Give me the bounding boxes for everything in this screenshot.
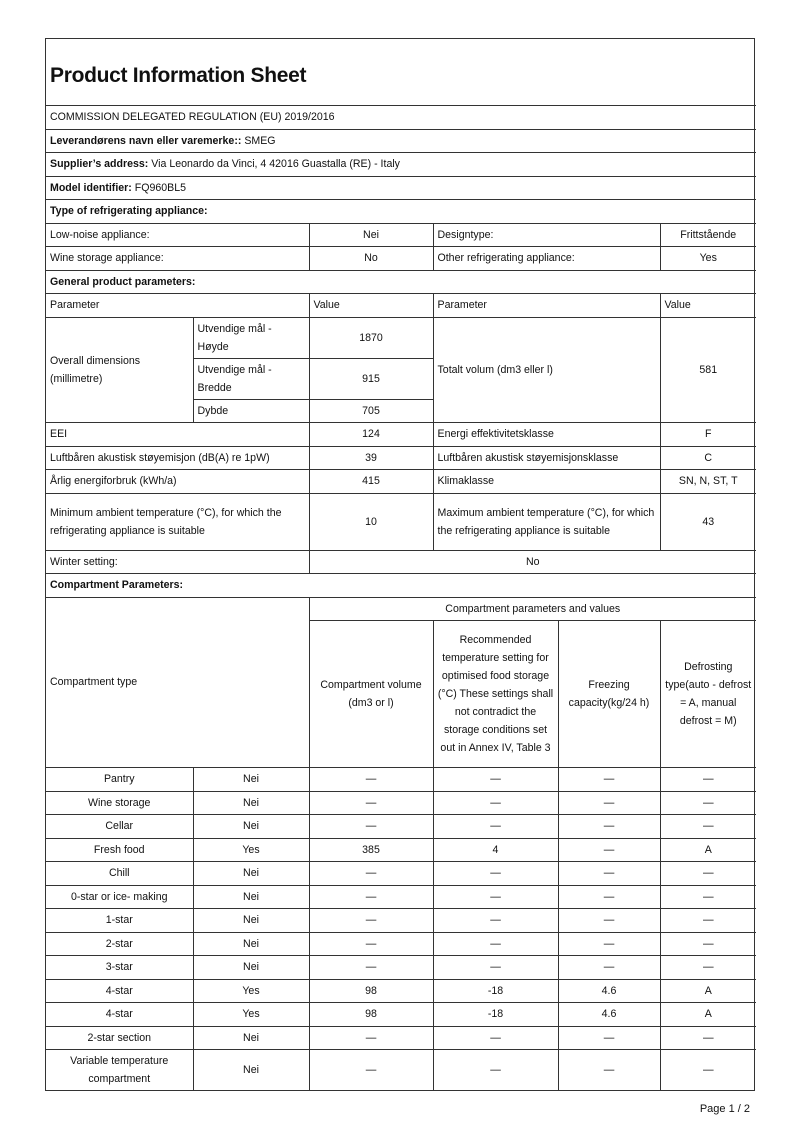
winter-setting-label: Winter setting: (46, 550, 309, 574)
height-value: 1870 (309, 317, 433, 358)
parameter-row: Luftbåren akustisk støyemisjon (dB(A) re… (46, 446, 756, 470)
compartment-group-header: Compartment parameters and values (309, 597, 756, 621)
compartment-row: 4-starYes98-184.6A (46, 1003, 756, 1027)
compartment-defrost-type: A (660, 1003, 756, 1027)
compartment-freezing-capacity: — (558, 815, 660, 839)
compartment-row: Variable temperature compartmentNei———— (46, 1050, 756, 1091)
compartment-row: Fresh foodYes3854—A (46, 838, 756, 862)
param-value: No (309, 247, 433, 271)
info-table: Product Information Sheet COMMISSION DEL… (46, 39, 756, 1090)
compartment-type: Fresh food (46, 838, 193, 862)
compartment-temperature: — (433, 815, 558, 839)
compartment-volume: — (309, 1026, 433, 1050)
appliance-type-heading: Type of refrigerating appliance: (46, 200, 756, 224)
param-label: Maximum ambient temperature (°C), for wh… (433, 493, 660, 550)
supplier-address: Supplier’s address: Via Leonardo da Vinc… (46, 153, 756, 177)
compartment-temperature: — (433, 885, 558, 909)
appliance-type-row: Wine storage appliance: No Other refrige… (46, 247, 756, 271)
param-label: EEI (46, 423, 309, 447)
compartment-row: 4-starYes98-184.6A (46, 979, 756, 1003)
parameter-row: EEI 124 Energi effektivitetsklasse F (46, 423, 756, 447)
general-parameters-header-row: Parameter Value Parameter Value (46, 294, 756, 318)
supplier-name: Leverandørens navn eller varemerke:: SME… (46, 129, 756, 153)
param-value: 39 (309, 446, 433, 470)
model-identifier: Model identifier: FQ960BL5 (46, 176, 756, 200)
appliance-type-row: Low-noise appliance: Nei Designtype: Fri… (46, 223, 756, 247)
compartment-freezing-capacity: 4.6 (558, 979, 660, 1003)
param-label: Other refrigerating appliance: (433, 247, 660, 271)
param-value: Yes (660, 247, 756, 271)
compartment-volume: — (309, 862, 433, 886)
compartment-present: Nei (193, 791, 309, 815)
regulation-text: COMMISSION DELEGATED REGULATION (EU) 201… (46, 106, 756, 130)
compartment-freezing-capacity: — (558, 932, 660, 956)
winter-setting-row: Winter setting: No (46, 550, 756, 574)
param-value: 124 (309, 423, 433, 447)
compartment-type: Wine storage (46, 791, 193, 815)
param-value: F (660, 423, 756, 447)
supplier-address-value: Via Leonardo da Vinci, 4 42016 Guastalla… (148, 158, 400, 170)
column-header: Value (660, 294, 756, 318)
compartment-row: CellarNei———— (46, 815, 756, 839)
compartment-defrost-type: A (660, 979, 756, 1003)
compartment-volume: — (309, 768, 433, 792)
compartment-volume: — (309, 956, 433, 980)
param-value: Nei (309, 223, 433, 247)
compartment-temperature: — (433, 932, 558, 956)
compartment-freezing-capacity: — (558, 1050, 660, 1091)
param-value: Frittstående (660, 223, 756, 247)
compartment-freezing-capacity: — (558, 909, 660, 933)
total-volume-label: Totalt volum (dm3 eller l) (433, 317, 660, 423)
compartment-freezing-capacity: — (558, 791, 660, 815)
compartment-type-header: Compartment type (46, 597, 309, 768)
param-label: Wine storage appliance: (46, 247, 309, 271)
compartment-defrost-type: — (660, 862, 756, 886)
product-information-sheet: Product Information Sheet COMMISSION DEL… (45, 38, 755, 1091)
compartment-parameters-heading: Compartment Parameters: (46, 574, 756, 598)
param-label: Designtype: (433, 223, 660, 247)
parameter-row: Årlig energiforbruk (kWh/a) 415 Klimakla… (46, 470, 756, 494)
temperature-header: Recommended temperature setting for opti… (433, 621, 558, 768)
compartment-volume: 98 (309, 1003, 433, 1027)
param-label: Luftbåren akustisk støyemisjon (dB(A) re… (46, 446, 309, 470)
compartment-defrost-type: — (660, 909, 756, 933)
supplier-name-value: SMEG (241, 135, 275, 147)
compartment-present: Yes (193, 979, 309, 1003)
compartment-temperature: -18 (433, 1003, 558, 1027)
param-label: Årlig energiforbruk (kWh/a) (46, 470, 309, 494)
compartment-temperature: — (433, 791, 558, 815)
compartment-volume: — (309, 932, 433, 956)
compartment-row: Wine storageNei———— (46, 791, 756, 815)
compartment-temperature: — (433, 1050, 558, 1091)
compartment-present: Nei (193, 862, 309, 886)
compartment-type: 4-star (46, 979, 193, 1003)
compartment-volume: — (309, 885, 433, 909)
depth-value: 705 (309, 399, 433, 423)
freezing-capacity-header: Freezing capacity(kg/24 h) (558, 621, 660, 768)
compartment-type: 3-star (46, 956, 193, 980)
param-label: Minimum ambient temperature (°C), for wh… (46, 493, 309, 550)
compartment-row: 0-star or ice- makingNei———— (46, 885, 756, 909)
page-number: Page 1 / 2 (700, 1103, 750, 1115)
param-value: C (660, 446, 756, 470)
compartment-present: Nei (193, 956, 309, 980)
param-label: Klimaklasse (433, 470, 660, 494)
compartment-type: 0-star or ice- making (46, 885, 193, 909)
compartment-present: Nei (193, 885, 309, 909)
param-label: Energi effektivitetsklasse (433, 423, 660, 447)
compartment-volume: — (309, 909, 433, 933)
param-value: 10 (309, 493, 433, 550)
param-value: 43 (660, 493, 756, 550)
compartment-freezing-capacity: — (558, 862, 660, 886)
column-header: Value (309, 294, 433, 318)
compartment-defrost-type: — (660, 791, 756, 815)
compartment-type: 2-star section (46, 1026, 193, 1050)
column-header: Parameter (46, 294, 309, 318)
compartment-present: Nei (193, 815, 309, 839)
compartment-defrost-type: — (660, 815, 756, 839)
model-identifier-label: Model identifier: (50, 182, 132, 194)
model-identifier-value: FQ960BL5 (132, 182, 186, 194)
overall-dimensions-label: Overall dimensions (millimetre) (46, 317, 193, 423)
column-header: Parameter (433, 294, 660, 318)
compartment-defrost-type: — (660, 932, 756, 956)
compartment-volume: 385 (309, 838, 433, 862)
compartment-freezing-capacity: — (558, 956, 660, 980)
parameter-row: Minimum ambient temperature (°C), for wh… (46, 493, 756, 550)
depth-label: Dybde (193, 399, 309, 423)
compartment-present: Nei (193, 932, 309, 956)
compartment-present: Nei (193, 768, 309, 792)
compartment-volume: — (309, 815, 433, 839)
compartment-temperature: — (433, 956, 558, 980)
compartment-defrost-type: — (660, 956, 756, 980)
winter-setting-value: No (309, 550, 756, 574)
compartment-freezing-capacity: 4.6 (558, 1003, 660, 1027)
compartment-volume: 98 (309, 979, 433, 1003)
compartment-freezing-capacity: — (558, 838, 660, 862)
compartment-volume: — (309, 791, 433, 815)
compartment-present: Nei (193, 1050, 309, 1091)
compartment-temperature: — (433, 768, 558, 792)
compartment-defrost-type: A (660, 838, 756, 862)
compartment-type: Variable temperature compartment (46, 1050, 193, 1091)
param-value: 415 (309, 470, 433, 494)
height-label: Utvendige mål - Høyde (193, 317, 309, 358)
compartment-type: Chill (46, 862, 193, 886)
compartment-temperature: -18 (433, 979, 558, 1003)
total-volume-value: 581 (660, 317, 756, 423)
compartment-temperature: — (433, 1026, 558, 1050)
compartment-temperature: 4 (433, 838, 558, 862)
compartment-row: 3-starNei———— (46, 956, 756, 980)
compartment-type: 4-star (46, 1003, 193, 1027)
defrosting-type-header: Defrosting type(auto - defrost = A, manu… (660, 621, 756, 768)
compartment-freezing-capacity: — (558, 768, 660, 792)
compartment-temperature: — (433, 862, 558, 886)
compartment-type: 1-star (46, 909, 193, 933)
compartment-type: 2-star (46, 932, 193, 956)
dimension-row-height: Overall dimensions (millimetre) Utvendig… (46, 317, 756, 358)
compartment-defrost-type: — (660, 885, 756, 909)
compartment-present: Nei (193, 1026, 309, 1050)
compartment-type: Pantry (46, 768, 193, 792)
compartment-present: Yes (193, 838, 309, 862)
width-value: 915 (309, 358, 433, 399)
compartment-freezing-capacity: — (558, 1026, 660, 1050)
compartment-present: Nei (193, 909, 309, 933)
page-title: Product Information Sheet (46, 39, 756, 106)
supplier-name-label: Leverandørens navn eller varemerke:: (50, 135, 241, 147)
width-label: Utvendige mål - Bredde (193, 358, 309, 399)
param-label: Low-noise appliance: (46, 223, 309, 247)
compartment-volume: — (309, 1050, 433, 1091)
compartment-defrost-type: — (660, 768, 756, 792)
compartment-freezing-capacity: — (558, 885, 660, 909)
volume-header: Compartment volume (dm3 or l) (309, 621, 433, 768)
general-parameters-heading: General product parameters: (46, 270, 756, 294)
supplier-address-label: Supplier’s address: (50, 158, 148, 170)
param-value: SN, N, ST, T (660, 470, 756, 494)
compartment-row: 1-starNei———— (46, 909, 756, 933)
compartment-row: PantryNei———— (46, 768, 756, 792)
compartment-group-header-row: Compartment type Compartment parameters … (46, 597, 756, 621)
compartment-defrost-type: — (660, 1026, 756, 1050)
compartment-temperature: — (433, 909, 558, 933)
compartment-row: 2-star sectionNei———— (46, 1026, 756, 1050)
compartment-defrost-type: — (660, 1050, 756, 1091)
compartment-row: 2-starNei———— (46, 932, 756, 956)
compartment-type: Cellar (46, 815, 193, 839)
param-label: Luftbåren akustisk støyemisjonsklasse (433, 446, 660, 470)
compartment-row: ChillNei———— (46, 862, 756, 886)
compartment-present: Yes (193, 1003, 309, 1027)
